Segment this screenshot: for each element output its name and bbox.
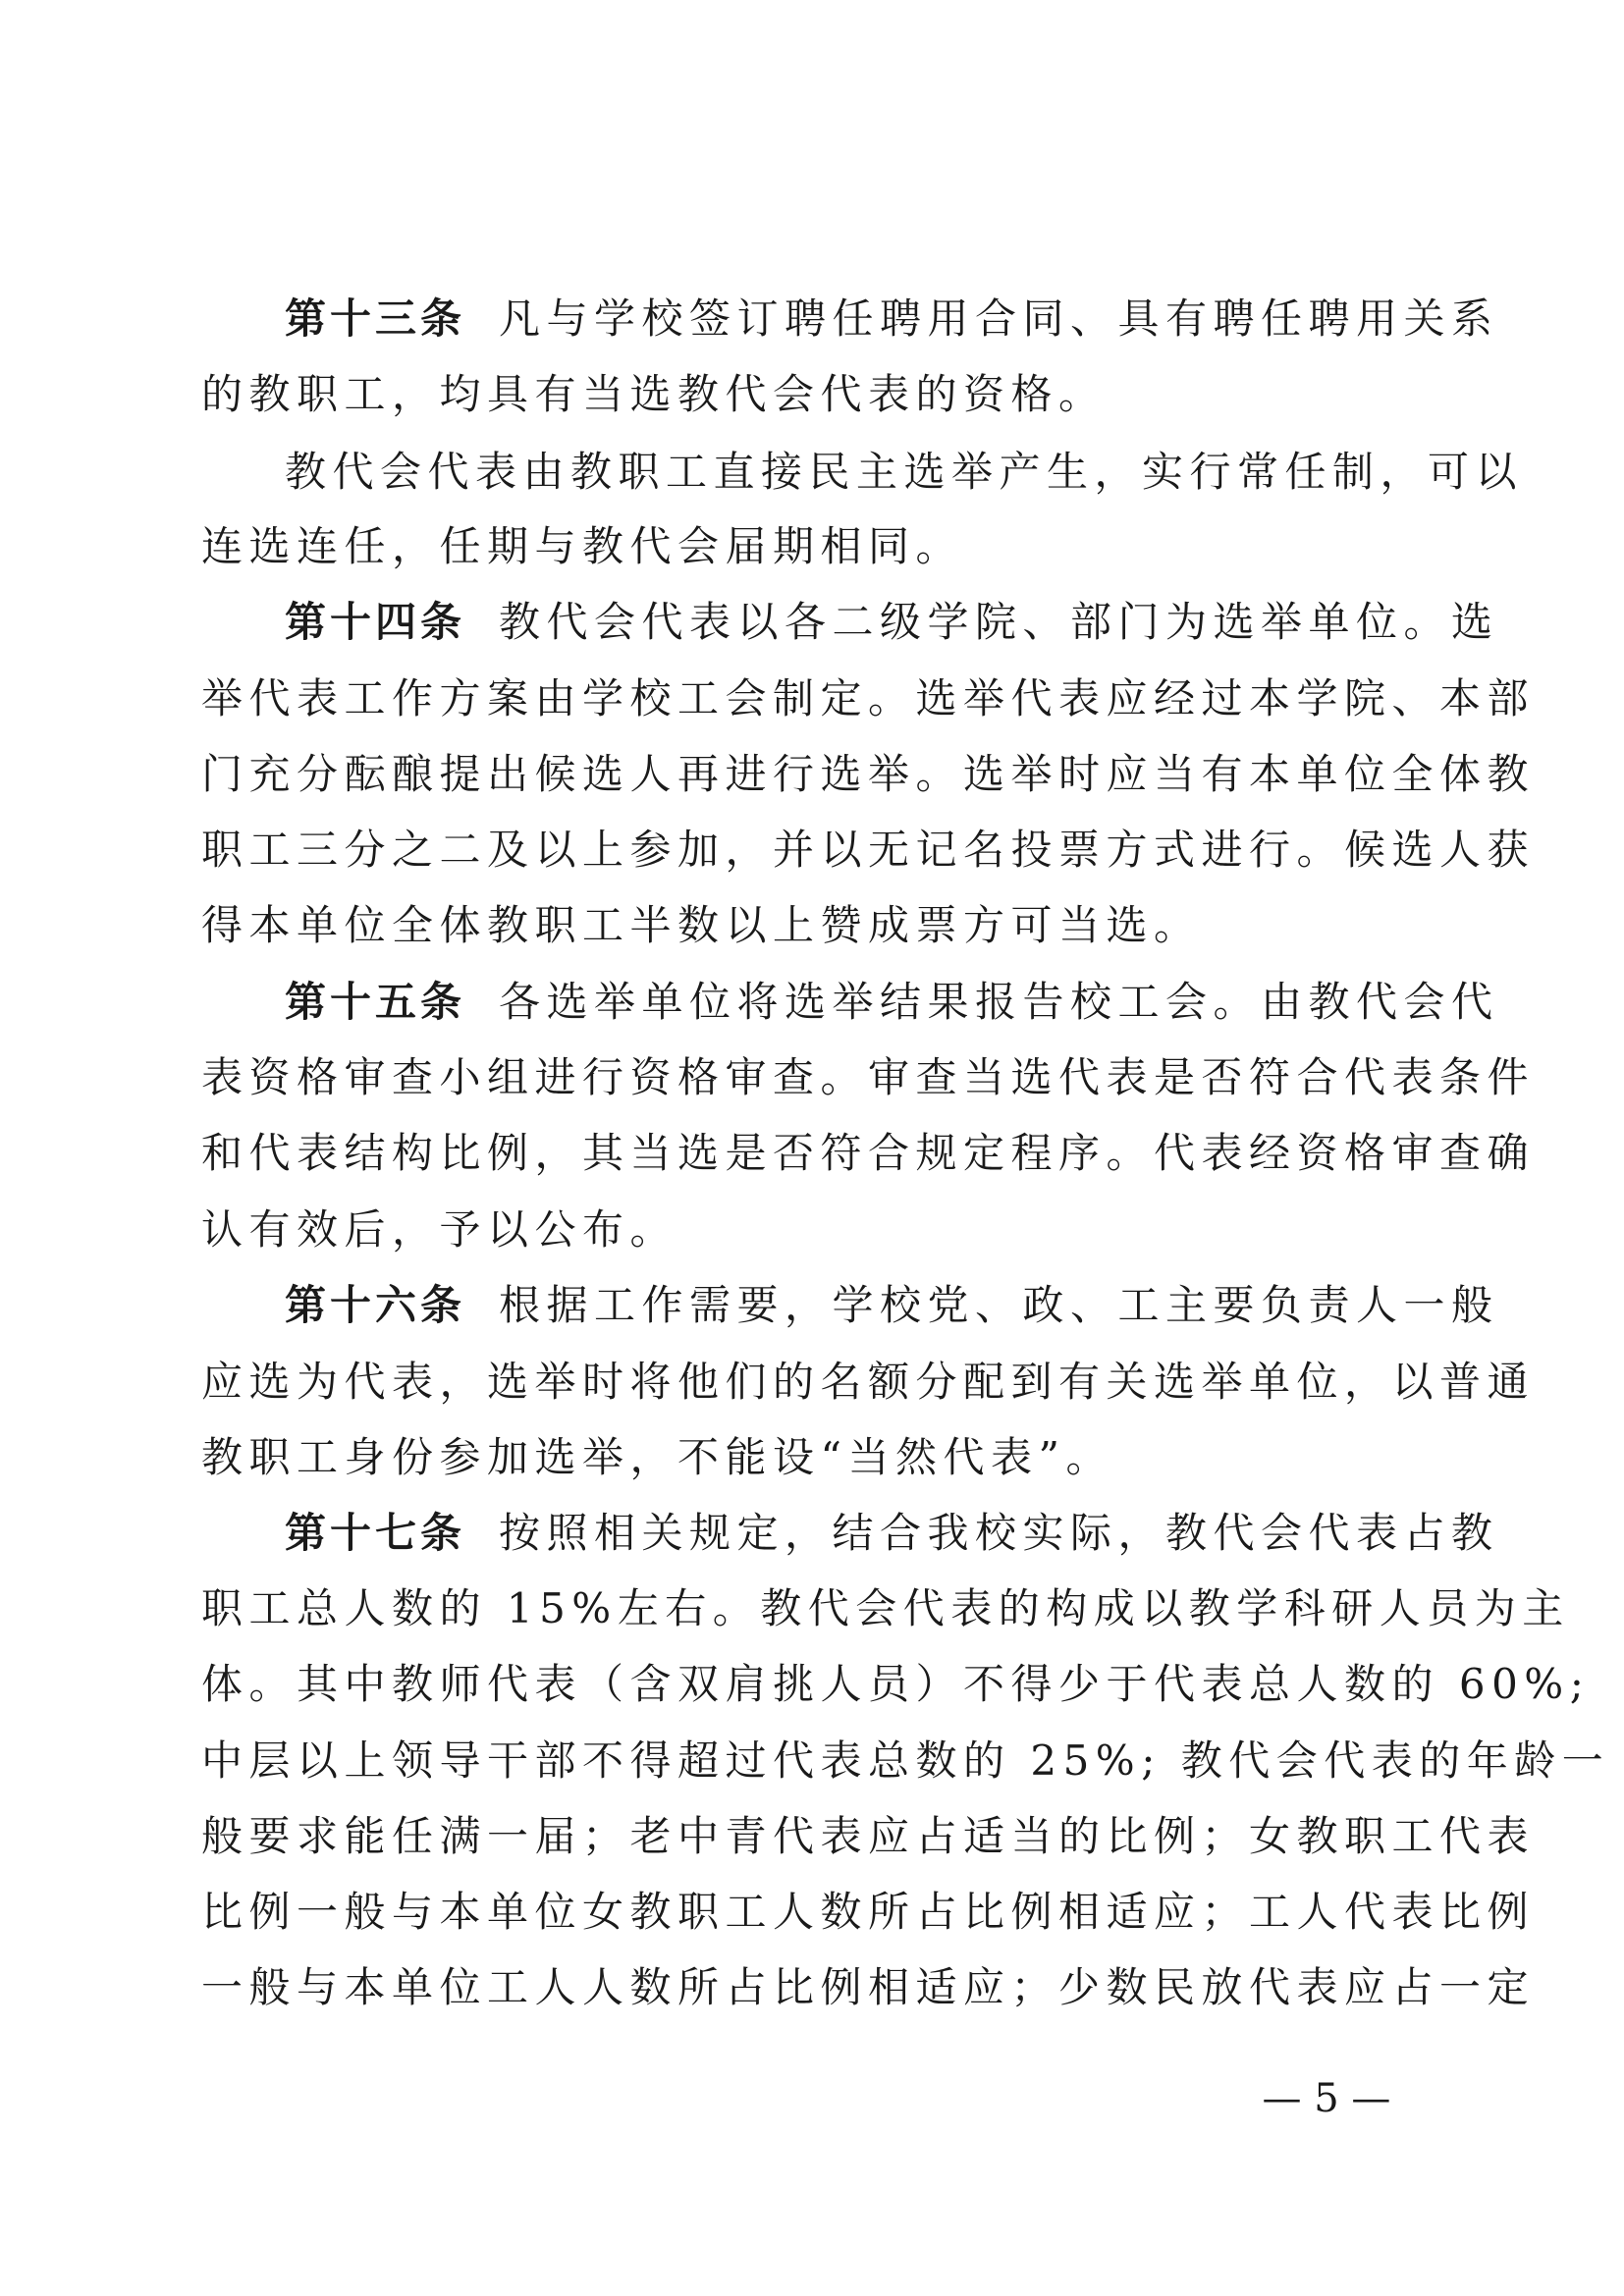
article-16-line-2: 应选为代表，选举时将他们的名额分配到有关选举单位，以普通 [201, 1353, 1446, 1412]
article-14-line-3: 门充分酝酿提出候选人再进行选举。选举时应当有本单位全体教 [201, 745, 1446, 804]
article-16-line-1: 第十六条根据工作需要，学校党、政、工主要负责人一般 [285, 1276, 1446, 1335]
article-13-para-2-line-2: 连选连任，任期与教代会届期相同。 [201, 517, 1446, 576]
article-14-heading: 第十四条 [285, 598, 465, 646]
article-13-line-1: 第十三条凡与学校签订聘任聘用合同、具有聘任聘用关系 [285, 290, 1446, 348]
document-page: 第十三条凡与学校签订聘任聘用合同、具有聘任聘用关系 的教职工，均具有当选教代会代… [0, 0, 1624, 2296]
article-17-line-5: 般要求能任满一届；老中青代表应占适当的比例；女教职工代表 [201, 1807, 1446, 1866]
article-14-line-2: 举代表工作方案由学校工会制定。选举代表应经过本学院、本部 [201, 669, 1446, 728]
article-17-line-7: 一般与本单位工人人数所占比例相适应；少数民放代表应占一定 [201, 1958, 1446, 2017]
article-17-line-3: 体。其中教师代表（含双肩挑人员）不得少于代表总人数的 60%; [201, 1655, 1446, 1714]
article-17-line-1: 第十七条按照相关规定，结合我校实际，教代会代表占教 [285, 1504, 1446, 1563]
article-16-heading: 第十六条 [285, 1281, 465, 1329]
article-17-text: 按照相关规定，结合我校实际，教代会代表占教 [499, 1509, 1499, 1557]
article-14-line-5: 得本单位全体教职工半数以上赞成票方可当选。 [201, 896, 1446, 955]
article-15-line-3: 和代表结构比例，其当选是否符合规定程序。代表经资格审查确 [201, 1124, 1446, 1183]
article-14-text: 教代会代表以各二级学院、部门为选举单位。选 [499, 598, 1499, 646]
article-14-line-1: 第十四条教代会代表以各二级学院、部门为选举单位。选 [285, 593, 1446, 652]
article-17-line-6: 比例一般与本单位女教职工人数所占比例相适应；工人代表比例 [201, 1883, 1446, 1942]
article-13-heading: 第十三条 [285, 294, 465, 343]
article-14-line-4: 职工三分之二及以上参加，并以无记名投票方式进行。候选人获 [201, 821, 1446, 880]
article-13-para-2-line-1: 教代会代表由教职工直接民主选举产生，实行常任制，可以 [285, 443, 1446, 502]
article-15-line-1: 第十五条各选举单位将选举结果报告校工会。由教代会代 [285, 973, 1446, 1032]
article-15-line-2: 表资格审查小组进行资格审查。审查当选代表是否符合代表条件 [201, 1048, 1446, 1107]
article-15-heading: 第十五条 [285, 978, 465, 1026]
article-17-heading: 第十七条 [285, 1509, 465, 1557]
article-13-line-2: 的教职工，均具有当选教代会代表的资格。 [201, 365, 1446, 424]
page-number: — 5 — [1253, 2074, 1400, 2123]
article-16-text: 根据工作需要，学校党、政、工主要负责人一般 [499, 1281, 1499, 1329]
article-17-line-2: 职工总人数的 15%左右。教代会代表的构成以教学科研人员为主 [201, 1579, 1446, 1638]
article-13-text: 凡与学校签订聘任聘用合同、具有聘任聘用关系 [499, 294, 1499, 343]
article-17-line-4: 中层以上领导干部不得超过代表总数的 25%; 教代会代表的年龄一 [201, 1732, 1446, 1790]
article-16-line-3: 教职工身份参加选举，不能设“当然代表”。 [201, 1428, 1446, 1487]
article-15-line-4: 认有效后，予以公布。 [201, 1201, 1446, 1259]
article-15-text: 各选举单位将选举结果报告校工会。由教代会代 [499, 978, 1499, 1026]
